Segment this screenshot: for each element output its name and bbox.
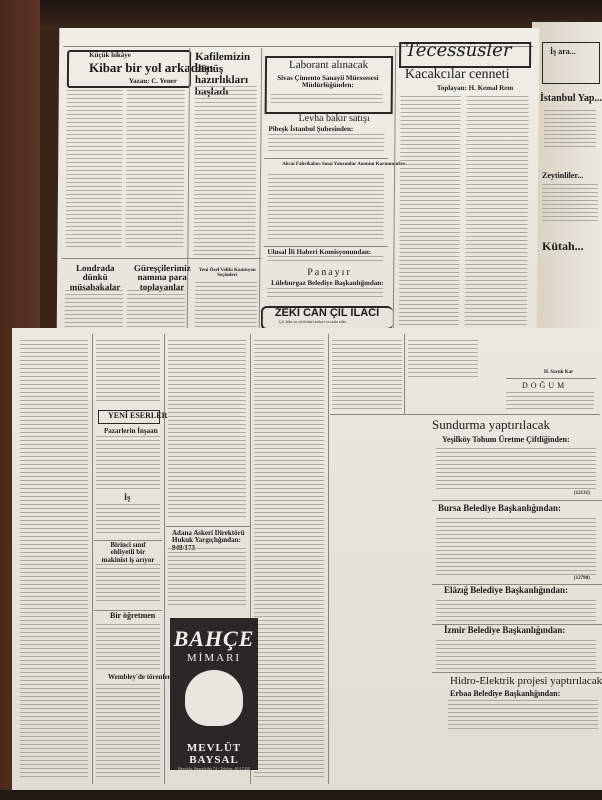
watering-can-illustration <box>185 670 243 726</box>
signature: H. Saruk Kat <box>544 370 573 375</box>
issuer: Pibeşk İstanbul Şubesinden: <box>268 126 353 133</box>
headline: Kacakcılar cenneti <box>405 68 510 83</box>
ad-subtitle: MİMARI <box>170 652 258 664</box>
headline: İstanbul Yap... <box>540 94 602 105</box>
tagline: Çil, leke ve sivilceleri tedavi ve izale… <box>279 320 347 324</box>
headline: Bir öğretmen <box>110 612 155 620</box>
byline: Toplayan: H. Kemal Rem <box>437 85 513 92</box>
item: İş <box>124 494 130 502</box>
headline: Panayır <box>307 268 352 279</box>
kicker: Küçük hikâye <box>89 52 131 59</box>
headline: Birinci sınıf ehliyetli bir makinist iş … <box>98 542 158 564</box>
issuer: Elâzığ Belediye Başkanlığından: <box>444 586 568 595</box>
headline: Hidro-Elektrik projesi yaptırılacaktır <box>450 676 602 688</box>
newspaper-bottom-half: YENİ ESERLER Pazarlerin İnşaatı İş Birin… <box>12 328 602 790</box>
headline: Kütah... <box>542 240 584 253</box>
table-background <box>0 790 602 800</box>
announcement-title: DOĞUM <box>522 382 567 390</box>
headline: Laborant alınacak <box>289 60 368 72</box>
issuer: Erbaa Belediye Başkanlığından: <box>450 690 560 698</box>
headline: ZEKİ CAN ÇİL İLACI <box>275 308 379 320</box>
bahce-mimari-ad: BAHÇE MİMARI MEVLÜT BAYSAL Beyoğlu, Sıra… <box>170 618 258 770</box>
issuer: Bursa Belediye Başkanlığından: <box>438 504 561 513</box>
section-title: Tecessüsler <box>405 42 511 61</box>
issuer: Akcai Fabrikaları Sınai Yatırımlar Anoni… <box>282 162 405 167</box>
adjacent-page: İş ara... İstanbul Yap... Zeytinliler...… <box>532 22 602 362</box>
ad-address: Beyoğlu, Sıraselviler 74 - Telefon: 40-1… <box>170 766 258 771</box>
headline: Güreşçilerimiz namına para toplayanlar <box>129 264 195 292</box>
headline: Yeni Özel Veliki Komisyon Seçimleri <box>197 268 257 279</box>
section-title: YENİ ESERLER <box>108 412 167 420</box>
issuer: Sivas Çimento Sanayii Müessesesi Müdürlü… <box>273 75 383 90</box>
byline: Yazan: C. Yener <box>129 78 177 85</box>
headline: Wembley'de törenler <box>108 674 171 681</box>
headline: Zeytinliler... <box>542 172 583 180</box>
reference: (12798) <box>574 576 590 581</box>
table-background <box>0 0 602 30</box>
headline: Londrada dünkü müsabakalar <box>67 264 123 292</box>
headline: İş ara... <box>550 48 576 56</box>
newspaper-top-half: Küçük hikâye Kibar bir yol arkadaşı Yaza… <box>57 28 540 338</box>
issuer: Yeşilköy Tohum Üretme Çiftliğinden: <box>442 436 570 444</box>
ad-name: MEVLÜT BAYSAL <box>170 742 258 766</box>
reference: (12131) <box>574 491 590 496</box>
issuer: İzmir Belediye Başkanlığından: <box>444 626 565 635</box>
headline: Sundurma yaptırılacak <box>432 418 550 432</box>
headline: Levha bakır satışı <box>299 114 370 125</box>
ad-title: BAHÇE <box>170 626 258 652</box>
item: Pazarlerin İnşaatı <box>104 428 158 435</box>
issuer: Lüleburgaz Belediye Başkanlığından: <box>271 280 383 287</box>
